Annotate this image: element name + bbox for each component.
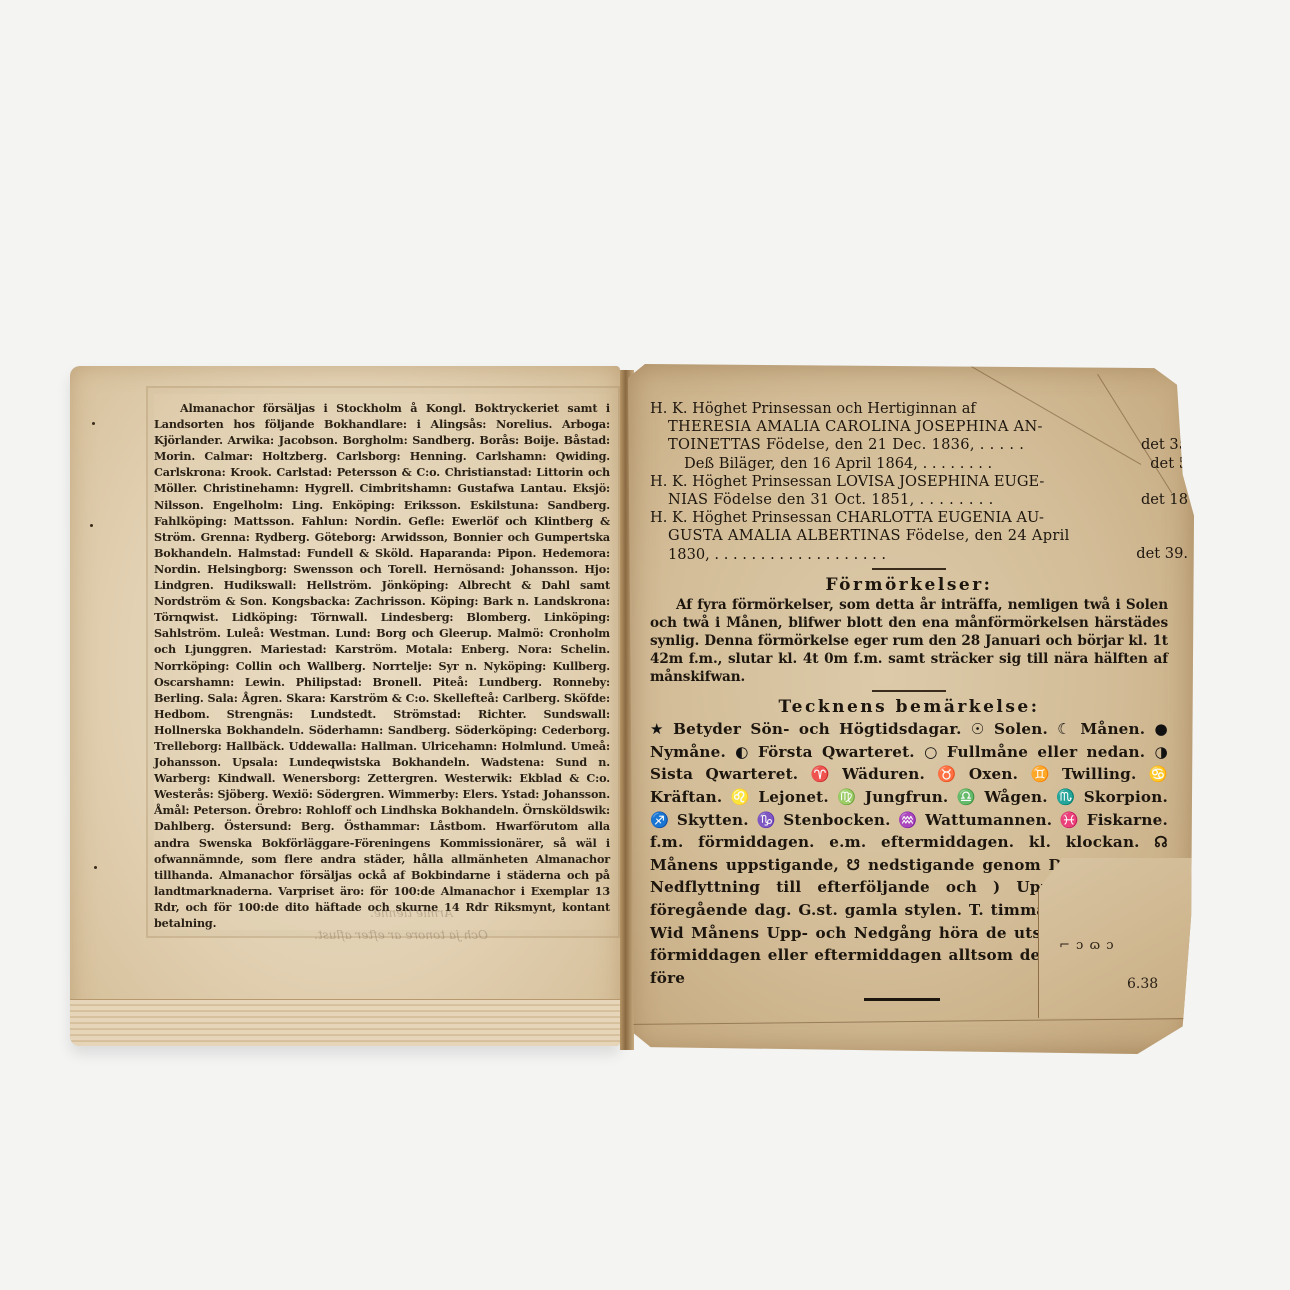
sagittarius-icon: ♐: [650, 809, 669, 832]
star-icon: ★: [650, 718, 664, 741]
sign-item: ♑ Stenbocken.: [756, 811, 890, 829]
sign-item: ♓ Fiskarne.: [1060, 811, 1168, 829]
corner-number: 6.38: [1127, 976, 1158, 992]
aries-icon: ♈: [811, 763, 830, 786]
booksellers-text: Almanachor försäljas i Stockholm å Kongl…: [154, 400, 610, 931]
end-rule: [864, 998, 940, 1001]
new-moon-icon: ●: [1155, 718, 1168, 741]
ink-speck: [90, 524, 93, 527]
sign-label: Månen.: [1080, 720, 1145, 738]
pisces-icon: ♓: [1060, 809, 1079, 832]
sign-item: ♏ Skorpion.: [1056, 788, 1168, 806]
last-quarter-icon: ◑: [1155, 741, 1168, 764]
sign-label: Jungfrun.: [865, 788, 949, 806]
sign-label: Fiskarne.: [1087, 811, 1168, 829]
day-of-year: det 39.: [1136, 545, 1188, 563]
ink-speck: [94, 866, 97, 869]
sign-label: Betyder Sön- och Högtidsdagar.: [673, 720, 962, 738]
divider-rule: [872, 690, 946, 692]
day-of-year: det 35: [1141, 436, 1188, 454]
sign-item: ○ Fullmåne eller nedan.: [924, 743, 1145, 761]
virgo-icon: ♍: [837, 786, 856, 809]
sign-item: ♌ Lejonet.: [731, 788, 829, 806]
sign-label: Fullmåne eller nedan.: [947, 743, 1145, 761]
gemini-icon: ♊: [1030, 763, 1049, 786]
sign-item: ♍ Jungfrun.: [837, 788, 948, 806]
royal-entry-1: H. K. Höghet Prinsessan och Hertiginnan …: [650, 400, 1168, 455]
torn-folded-corner: ⌐ ɔ ɷ ɔ 6.38: [1038, 858, 1194, 1018]
sign-label: Wågen.: [984, 788, 1047, 806]
sun-icon: ☉: [971, 718, 985, 741]
reversed-glyphs: ⌐ ɔ ɷ ɔ: [1059, 938, 1115, 953]
page-edges-stack: [70, 999, 620, 1046]
cancer-icon: ♋: [1149, 763, 1168, 786]
day-of-year: det 5: [1150, 455, 1188, 473]
booksellers-paragraph: Almanachor försäljas i Stockholm å Kongl…: [154, 400, 610, 931]
paper-crease: [628, 1018, 1194, 1025]
royal-entry-3: H. K. Höghet Prinsessan LOVISA JOSEPHINA…: [650, 473, 1168, 509]
sign-label: Wäduren.: [842, 765, 925, 783]
sign-item: ☾ Månen.: [1057, 720, 1145, 738]
leo-icon: ♌: [731, 786, 750, 809]
signs-heading: Tecknens bemärkelse:: [650, 698, 1168, 716]
ink-speck: [92, 422, 95, 425]
day-of-year: det 18: [1141, 491, 1188, 509]
eclipses-heading: Förmörkelser:: [650, 576, 1168, 594]
show-through-line-1: Armie tienne.: [370, 906, 453, 920]
sign-label: Skorpion.: [1084, 788, 1168, 806]
sign-label: Sista Qwarteret.: [650, 765, 798, 783]
sign-item: ☉ Solen.: [971, 720, 1048, 738]
scorpio-icon: ♏: [1056, 786, 1075, 809]
sign-label: Wattumannen.: [925, 811, 1052, 829]
sign-label: Twilling.: [1062, 765, 1137, 783]
royal-entry-2: Deß Biläger, den 16 April 1864, . . . . …: [650, 455, 1168, 473]
eclipses-paragraph: Af fyra förmörkelser, som detta år inträ…: [650, 596, 1168, 686]
sign-item: ♈ Wäduren.: [811, 765, 925, 783]
sign-item: ♒ Wattumannen.: [898, 811, 1052, 829]
divider-rule: [872, 568, 946, 570]
sign-item: ♐ Skytten.: [650, 811, 749, 829]
sign-label: Första Qwarteret.: [758, 743, 915, 761]
full-moon-icon: ○: [924, 741, 937, 764]
sign-label: Lejonet.: [758, 788, 829, 806]
royal-entry-4: H. K. Höghet Prinsessan CHARLOTTA EUGENI…: [650, 509, 1168, 564]
libra-icon: ♎: [957, 786, 976, 809]
show-through-line-2: Och ja tonore ar efter aflust.: [314, 928, 488, 942]
sign-label: Solen.: [994, 720, 1048, 738]
sign-label: Stenbocken.: [783, 811, 890, 829]
sign-item: ♊ Twilling.: [1030, 765, 1136, 783]
capricorn-icon: ♑: [756, 809, 775, 832]
sign-label: Oxen.: [969, 765, 1018, 783]
sign-label: Nymåne.: [650, 743, 726, 761]
left-page: Almanachor försäljas i Stockholm å Kongl…: [70, 366, 620, 1046]
sign-label: Skytten.: [677, 811, 749, 829]
moon-icon: ☾: [1057, 718, 1071, 741]
sign-item: ♉ Oxen.: [937, 765, 1018, 783]
aquarius-icon: ♒: [898, 809, 917, 832]
sign-item: ♎ Wågen.: [957, 788, 1048, 806]
sign-label: Kräftan.: [650, 788, 722, 806]
right-page: H. K. Höghet Prinsessan och Hertiginnan …: [628, 364, 1194, 1054]
sign-item: ★ Betyder Sön- och Högtidsdagar.: [650, 720, 962, 738]
first-quarter-icon: ◐: [735, 741, 748, 764]
sign-item: ◐ Första Qwarteret.: [735, 743, 915, 761]
taurus-icon: ♉: [937, 763, 956, 786]
